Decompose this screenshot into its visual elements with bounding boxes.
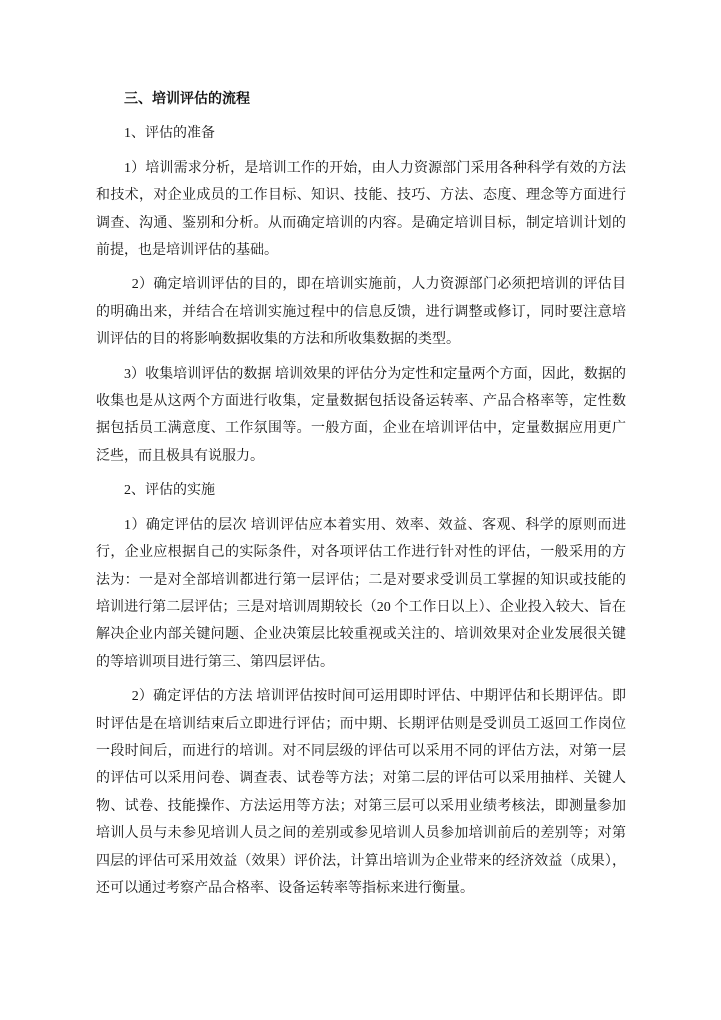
paragraph-evaluation-methods: 2）确定评估的方法 培训评估按时间可运用即时评估、中期评估和长期评估。即时评估是… — [96, 683, 626, 902]
subsection-heading-implementation: 2、评估的实施 — [96, 477, 626, 504]
paragraph-training-needs-analysis: 1）培训需求分析，是培训工作的开始，由人力资源部门采用各种科学有效的方法和技术，… — [96, 155, 626, 265]
paragraph-data-collection: 3）收集培训评估的数据 培训效果的评估分为定性和定量两个方面，因此，数据的收集也… — [96, 361, 626, 471]
paragraph-evaluation-levels: 1）确定评估的层次 培训评估应本着实用、效率、效益、客观、科学的原则而进行，企业… — [96, 512, 626, 676]
section-heading: 三、培训评估的流程 — [96, 86, 626, 113]
paragraph-evaluation-purpose: 2）确定培训评估的目的，即在培训实施前，人力资源部门必须把培训的评估目的明确出来… — [96, 271, 626, 353]
subsection-heading-preparation: 1、评估的准备 — [96, 120, 626, 147]
document-page: 三、培训评估的流程 1、评估的准备 1）培训需求分析，是培训工作的开始，由人力资… — [0, 0, 721, 1020]
